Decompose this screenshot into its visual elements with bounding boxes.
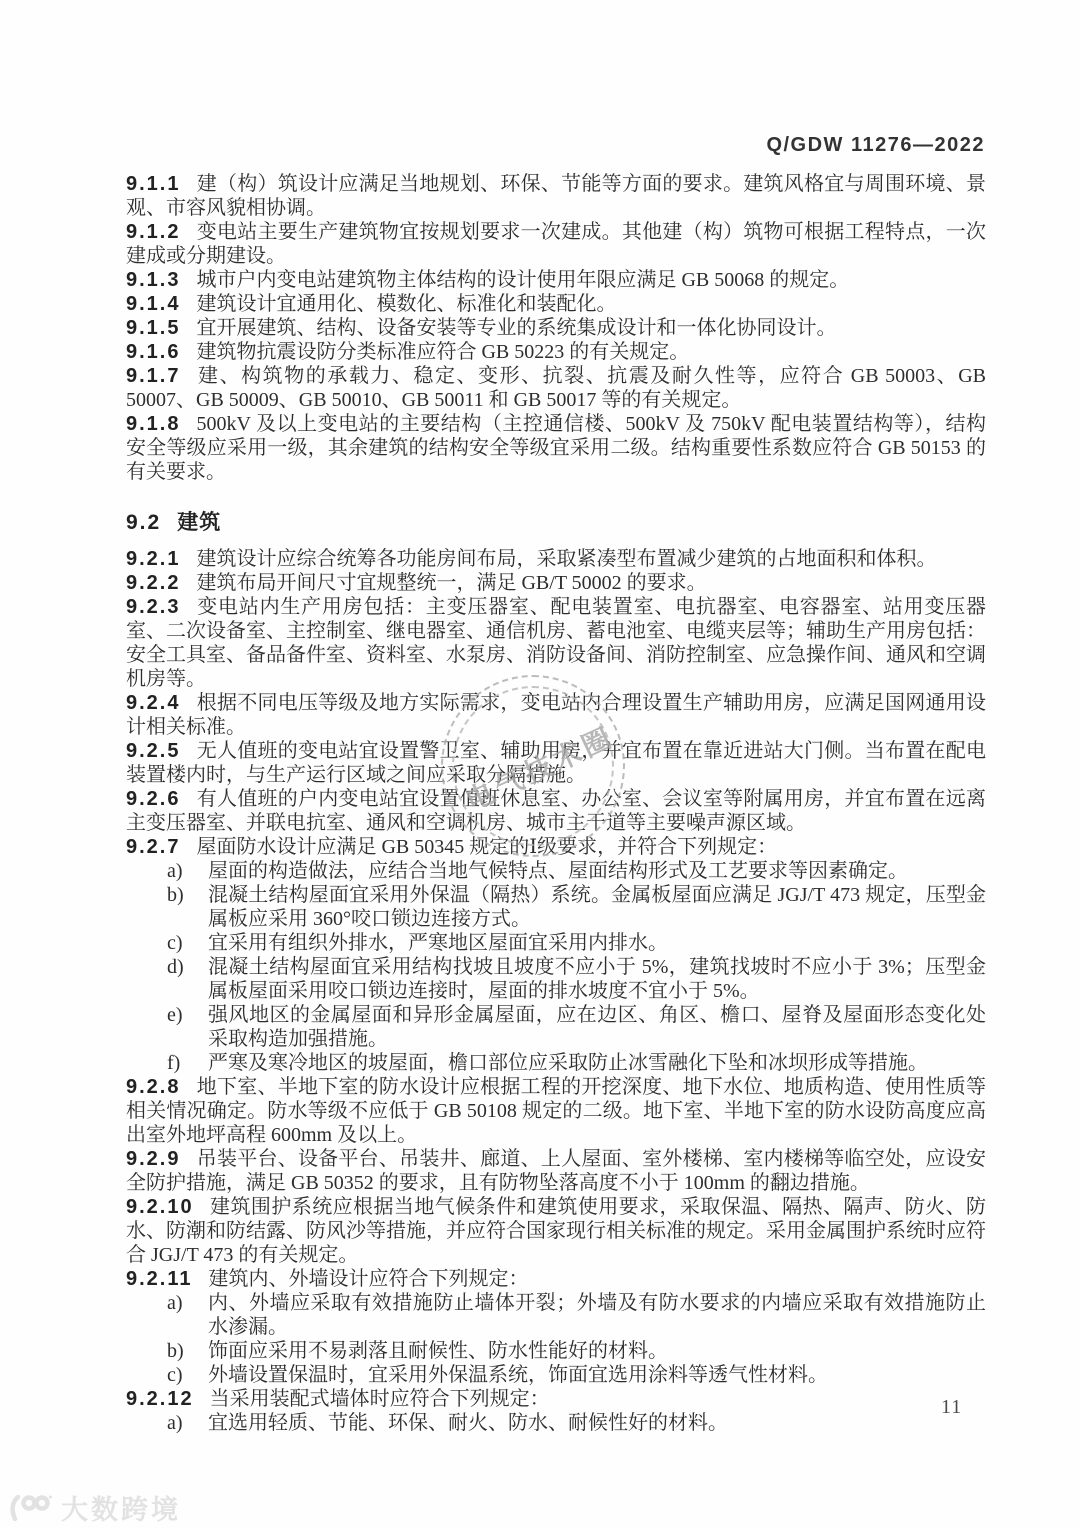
list-item: a)内、外墙应采取有效措施防止墙体开裂；外墙及有防水要求的内墙应采取有效措施防止… <box>126 1291 986 1339</box>
clause-paragraph: 9.2.2建筑布局开间尺寸宜规整统一，满足 GB/T 50002 的要求。 <box>126 571 986 595</box>
clause-paragraph: 9.1.2变电站主要生产建筑物宜按规划要求一次建成。其他建（构）筑物可根据工程特… <box>126 220 986 268</box>
clause-text: 屋面防水设计应满足 GB 50345 规定的Ⅰ级要求，并符合下列规定： <box>196 836 777 858</box>
clause-text: 地下室、半地下室的防水设计应根据工程的开挖深度、地下水位、地质构造、使用性质等相… <box>126 1076 986 1146</box>
list-item-text: 严寒及寒冷地区的坡屋面，檐口部位应采取防止冰雪融化下坠和冰坝形成等措施。 <box>208 1052 928 1074</box>
section-heading: 9.2建筑 <box>126 511 986 535</box>
list-item-label: d) <box>167 955 184 979</box>
clause-number: 9.2.2 <box>126 572 180 594</box>
list-item-text: 饰面应采用不易剥落且耐候性、防水性能好的材料。 <box>208 1340 668 1362</box>
clause-number: 9.2.3 <box>126 596 180 618</box>
corner-watermark-logo-icon <box>8 1493 54 1523</box>
document-body: 9.1.1建（构）筑设计应满足当地规划、环保、节能等方面的要求。建筑风格宜与周围… <box>126 172 986 1435</box>
standard-code-header: Q/GDW 11276—2022 <box>766 134 985 157</box>
document-page: Q/GDW 11276—2022 9.1.1建（构）筑设计应满足当地规划、环保、… <box>0 0 1080 1528</box>
list-item-label: b) <box>167 1339 184 1363</box>
list-item-text: 强风地区的金属屋面和异形金属屋面，应在边区、角区、檐口、屋脊及屋面形态变化处采取… <box>208 1004 986 1050</box>
list-item: c)外墙设置保温时，宜采用外保温系统，饰面宜选用涂料等透气性材料。 <box>126 1363 986 1387</box>
list-item-label: c) <box>167 1363 183 1387</box>
clause-number: 9.2.9 <box>126 1148 180 1170</box>
clause-text: 建（构）筑设计应满足当地规划、环保、节能等方面的要求。建筑风格宜与周围环境、景观… <box>126 173 986 219</box>
clause-number: 9.1.3 <box>126 269 180 291</box>
clause-number: 9.1.2 <box>126 221 180 243</box>
clause-paragraph: 9.2.8地下室、半地下室的防水设计应根据工程的开挖深度、地下水位、地质构造、使… <box>126 1075 986 1147</box>
list-item-text: 混凝土结构屋面宜采用结构找坡且坡度不应小于 5%，建筑找坡时不应小于 3%；压型… <box>208 956 986 1002</box>
clause-paragraph: 9.2.7屋面防水设计应满足 GB 50345 规定的Ⅰ级要求，并符合下列规定： <box>126 835 986 859</box>
list-item: b)混凝土结构屋面宜采用外保温（隔热）系统。金属板屋面应满足 JGJ/T 473… <box>126 883 986 931</box>
clause-number: 9.2.1 <box>126 548 180 570</box>
clause-paragraph: 9.1.1建（构）筑设计应满足当地规划、环保、节能等方面的要求。建筑风格宜与周围… <box>126 172 986 220</box>
list-item-label: b) <box>167 883 184 907</box>
clause-text: 当采用装配式墙体时应符合下列规定： <box>210 1388 550 1410</box>
clause-number: 9.2.11 <box>126 1268 193 1290</box>
clause-paragraph: 9.2.3变电站内生产用房包括：主变压器室、配电装置室、电抗器室、电容器室、站用… <box>126 595 986 691</box>
clause-paragraph: 9.2.12当采用装配式墙体时应符合下列规定： <box>126 1387 986 1411</box>
clause-paragraph: 9.1.8500kV 及以上变电站的主要结构（主控通信楼、500kV 及 750… <box>126 412 986 484</box>
clause-number: 9.2.10 <box>126 1196 194 1218</box>
clause-paragraph: 9.1.4建筑设计宜通用化、模数化、标准化和装配化。 <box>126 292 986 316</box>
corner-watermark: 大数跨境 <box>8 1488 181 1527</box>
clause-paragraph: 9.2.1建筑设计应综合统筹各功能房间布局，采取紧凑型布置减少建筑的占地面积和体… <box>126 547 986 571</box>
clause-text: 建筑内、外墙设计应符合下列规定： <box>209 1268 529 1290</box>
clause-number: 9.1.1 <box>126 173 180 195</box>
list-item: f)严寒及寒冷地区的坡屋面，檐口部位应采取防止冰雪融化下坠和冰坝形成等措施。 <box>126 1051 986 1075</box>
clause-number: 9.2.7 <box>126 836 180 858</box>
heading-number: 9.2 <box>126 511 161 534</box>
clause-number: 9.1.8 <box>126 413 180 435</box>
clause-text: 变电站内生产用房包括：主变压器室、配电装置室、电抗器室、电容器室、站用变压器室、… <box>126 596 986 690</box>
list-item: e)强风地区的金属屋面和异形金属屋面，应在边区、角区、檐口、屋脊及屋面形态变化处… <box>126 1003 986 1051</box>
clause-text: 城市户内变电站建筑物主体结构的设计使用年限应满足 GB 50068 的规定。 <box>196 269 849 291</box>
clause-number: 9.2.8 <box>126 1076 180 1098</box>
list-item: d)混凝土结构屋面宜采用结构找坡且坡度不应小于 5%，建筑找坡时不应小于 3%；… <box>126 955 986 1003</box>
list-item-label: f) <box>167 1051 180 1075</box>
list-item-label: a) <box>167 859 183 883</box>
clause-paragraph: 9.2.9吊装平台、设备平台、吊装井、廊道、上人屋面、室外楼梯、室内楼梯等临空处… <box>126 1147 986 1195</box>
clause-text: 建筑设计宜通用化、模数化、标准化和装配化。 <box>196 293 616 315</box>
clause-text: 无人值班的变电站宜设置警卫室、辅助用房，并宜布置在靠近进站大门侧。当布置在配电装… <box>126 740 986 786</box>
list-item: a)屋面的构造做法，应结合当地气候特点、屋面结构形式及工艺要求等因素确定。 <box>126 859 986 883</box>
list-item-text: 外墙设置保温时，宜采用外保温系统，饰面宜选用涂料等透气性材料。 <box>208 1364 828 1386</box>
clause-paragraph: 9.2.5无人值班的变电站宜设置警卫室、辅助用房，并宜布置在靠近进站大门侧。当布… <box>126 739 986 787</box>
clause-paragraph: 9.2.6有人值班的户内变电站宜设置值班休息室、办公室、会议室等附属用房，并宜布… <box>126 787 986 835</box>
clause-text: 建筑物抗震设防分类标准应符合 GB 50223 的有关规定。 <box>196 341 689 363</box>
clause-paragraph: 9.1.5宜开展建筑、结构、设备安装等专业的系统集成设计和一体化协同设计。 <box>126 316 986 340</box>
page-number: 11 <box>941 1396 962 1419</box>
clause-number: 9.1.4 <box>126 293 180 315</box>
clause-text: 变电站主要生产建筑物宜按规划要求一次建成。其他建（构）筑物可根据工程特点，一次建… <box>126 221 986 267</box>
clause-paragraph: 9.1.6建筑物抗震设防分类标准应符合 GB 50223 的有关规定。 <box>126 340 986 364</box>
clause-text: 建筑设计应综合统筹各功能房间布局，采取紧凑型布置减少建筑的占地面积和体积。 <box>196 548 936 570</box>
clause-text: 500kV 及以上变电站的主要结构（主控通信楼、500kV 及 750kV 配电… <box>126 413 986 483</box>
clause-paragraph: 9.2.11建筑内、外墙设计应符合下列规定： <box>126 1267 986 1291</box>
clause-text: 有人值班的户内变电站宜设置值班休息室、办公室、会议室等附属用房，并宜布置在远离主… <box>126 788 986 834</box>
list-item-text: 宜选用轻质、节能、环保、耐火、防水、耐候性好的材料。 <box>208 1412 728 1434</box>
clause-number: 9.2.4 <box>126 692 180 714</box>
list-item-text: 混凝土结构屋面宜采用外保温（隔热）系统。金属板屋面应满足 JGJ/T 473 规… <box>208 884 986 930</box>
clause-text: 建筑布局开间尺寸宜规整统一，满足 GB/T 50002 的要求。 <box>196 572 706 594</box>
clause-number: 9.1.6 <box>126 341 180 363</box>
clause-text: 建筑围护系统应根据当地气候条件和建筑使用要求，采取保温、隔热、隔声、防火、防水、… <box>126 1196 986 1266</box>
heading-text: 建筑 <box>177 511 221 534</box>
clause-number: 9.2.6 <box>126 788 180 810</box>
clause-number: 9.1.5 <box>126 317 180 339</box>
list-item-text: 屋面的构造做法，应结合当地气候特点、屋面结构形式及工艺要求等因素确定。 <box>208 860 908 882</box>
list-item-label: c) <box>167 931 183 955</box>
corner-watermark-text: 大数跨境 <box>61 1488 181 1527</box>
clause-paragraph: 9.2.10建筑围护系统应根据当地气候条件和建筑使用要求，采取保温、隔热、隔声、… <box>126 1195 986 1267</box>
list-item-label: e) <box>167 1003 183 1027</box>
list-item-text: 宜采用有组织外排水，严寒地区屋面宜采用内排水。 <box>208 932 668 954</box>
clause-paragraph: 9.2.4根据不同电压等级及地方实际需求，变电站内合理设置生产辅助用房，应满足国… <box>126 691 986 739</box>
clause-text: 根据不同电压等级及地方实际需求，变电站内合理设置生产辅助用房，应满足国网通用设计… <box>126 692 986 738</box>
list-item-label: a) <box>167 1291 183 1315</box>
clause-paragraph: 9.1.7建、构筑物的承载力、稳定、变形、抗裂、抗震及耐久性等，应符合 GB 5… <box>126 364 986 412</box>
clause-number: 9.1.7 <box>126 365 180 387</box>
clause-number: 9.2.12 <box>126 1388 194 1410</box>
list-item-text: 内、外墙应采取有效措施防止墙体开裂；外墙及有防水要求的内墙应采取有效措施防止水渗… <box>208 1292 986 1338</box>
list-item: c)宜采用有组织外排水，严寒地区屋面宜采用内排水。 <box>126 931 986 955</box>
list-item: b)饰面应采用不易剥落且耐候性、防水性能好的材料。 <box>126 1339 986 1363</box>
clause-text: 吊装平台、设备平台、吊装井、廊道、上人屋面、室外楼梯、室内楼梯等临空处，应设安全… <box>126 1148 986 1194</box>
clause-text: 建、构筑物的承载力、稳定、变形、抗裂、抗震及耐久性等，应符合 GB 50003、… <box>126 365 986 411</box>
list-item-label: a) <box>167 1411 183 1435</box>
list-item: a)宜选用轻质、节能、环保、耐火、防水、耐候性好的材料。 <box>126 1411 986 1435</box>
clause-number: 9.2.5 <box>126 740 180 762</box>
clause-text: 宜开展建筑、结构、设备安装等专业的系统集成设计和一体化协同设计。 <box>196 317 836 339</box>
clause-paragraph: 9.1.3城市户内变电站建筑物主体结构的设计使用年限应满足 GB 50068 的… <box>126 268 986 292</box>
